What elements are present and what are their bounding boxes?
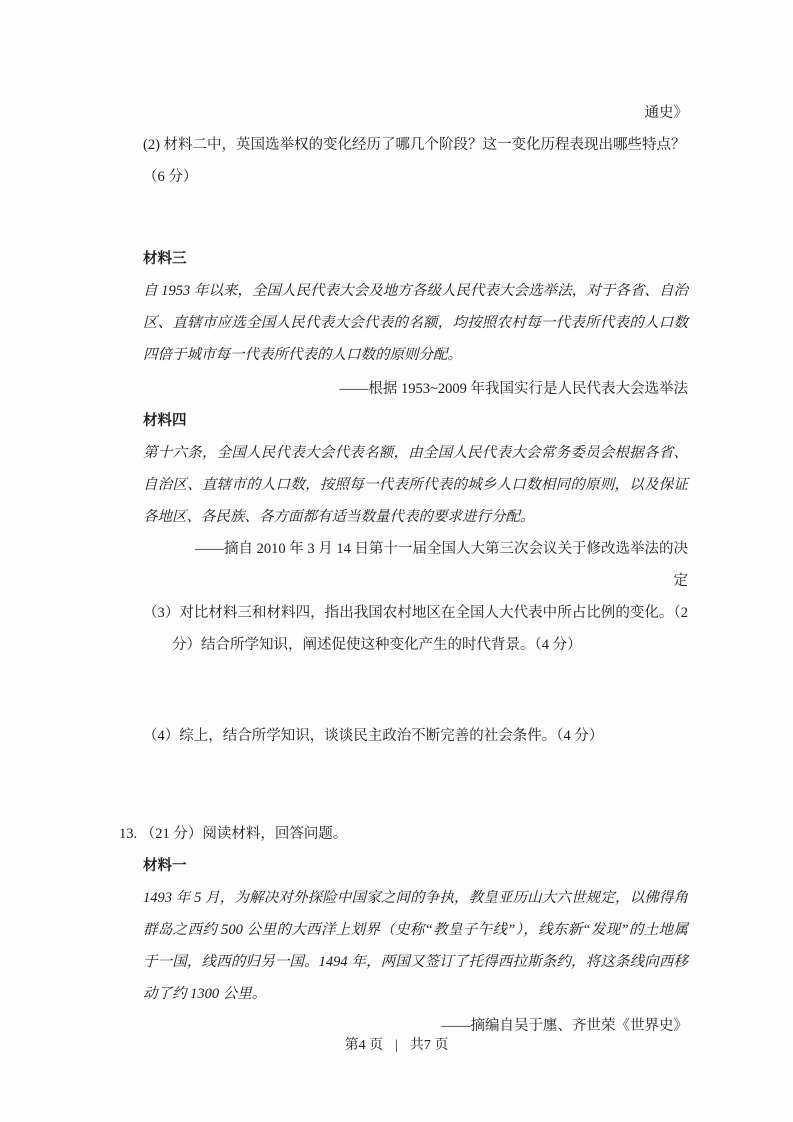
question-3-text: （3）对比材料三和材料四，指出我国农村地区在全国人大代表中所占比例的变化。（2 … — [143, 597, 688, 661]
question-13-header: 13. （21 分）阅读材料，回答问题。 — [119, 818, 688, 850]
question-13-stem: （21 分）阅读材料，回答问题。 — [141, 826, 348, 842]
footer-separator: | — [395, 1034, 398, 1058]
footer-total-pages: 共7 页 — [410, 1038, 449, 1053]
material-3-body: 自 1953 年以来，全国人民代表大会及地方各级人民代表大会选举法，对于各省、自… — [143, 275, 688, 371]
page-content: 通史》 (2) 材料二中，英国选举权的变化经历了哪几个阶段？这一变化历程表现出哪… — [143, 97, 688, 1042]
material-3-heading: 材料三 — [143, 243, 688, 275]
footer-page-number: 第4 页 — [345, 1038, 384, 1053]
material-1-heading: 材料一 — [143, 850, 688, 882]
question-2-score: （6 分） — [143, 161, 688, 193]
exam-paper-page: 通史》 (2) 材料二中，英国选举权的变化经历了哪几个阶段？这一变化历程表现出哪… — [0, 0, 793, 1122]
material-1-body: 1493 年 5 月，为解决对外探险中国家之间的争执，教皇亚历山大六世规定，以佛… — [143, 882, 688, 1010]
question-2-text: (2) 材料二中，英国选举权的变化经历了哪几个阶段？这一变化历程表现出哪些特点？ — [143, 129, 688, 161]
material-4-heading: 材料四 — [143, 405, 688, 437]
material-4-source: ——摘自 2010 年 3 月 14 日第十一届全国人大第三次会议关于修改选举法… — [188, 533, 688, 597]
question-13-number: 13. — [119, 826, 137, 842]
page-footer: 第4 页|共7 页 — [0, 1034, 793, 1058]
material-3-source: ——根据 1953~2009 年我国实行是人民代表大会选举法 — [143, 373, 688, 405]
previous-source-tail: 通史》 — [143, 97, 688, 129]
question-4-text: （4）综上，结合所学知识，谈谈民主政治不断完善的社会条件。（4 分） — [143, 720, 688, 752]
material-4-body: 第十六条，全国人民代表大会代表名额，由全国人民代表大会常务委员会根据各省、自治区… — [143, 437, 688, 533]
